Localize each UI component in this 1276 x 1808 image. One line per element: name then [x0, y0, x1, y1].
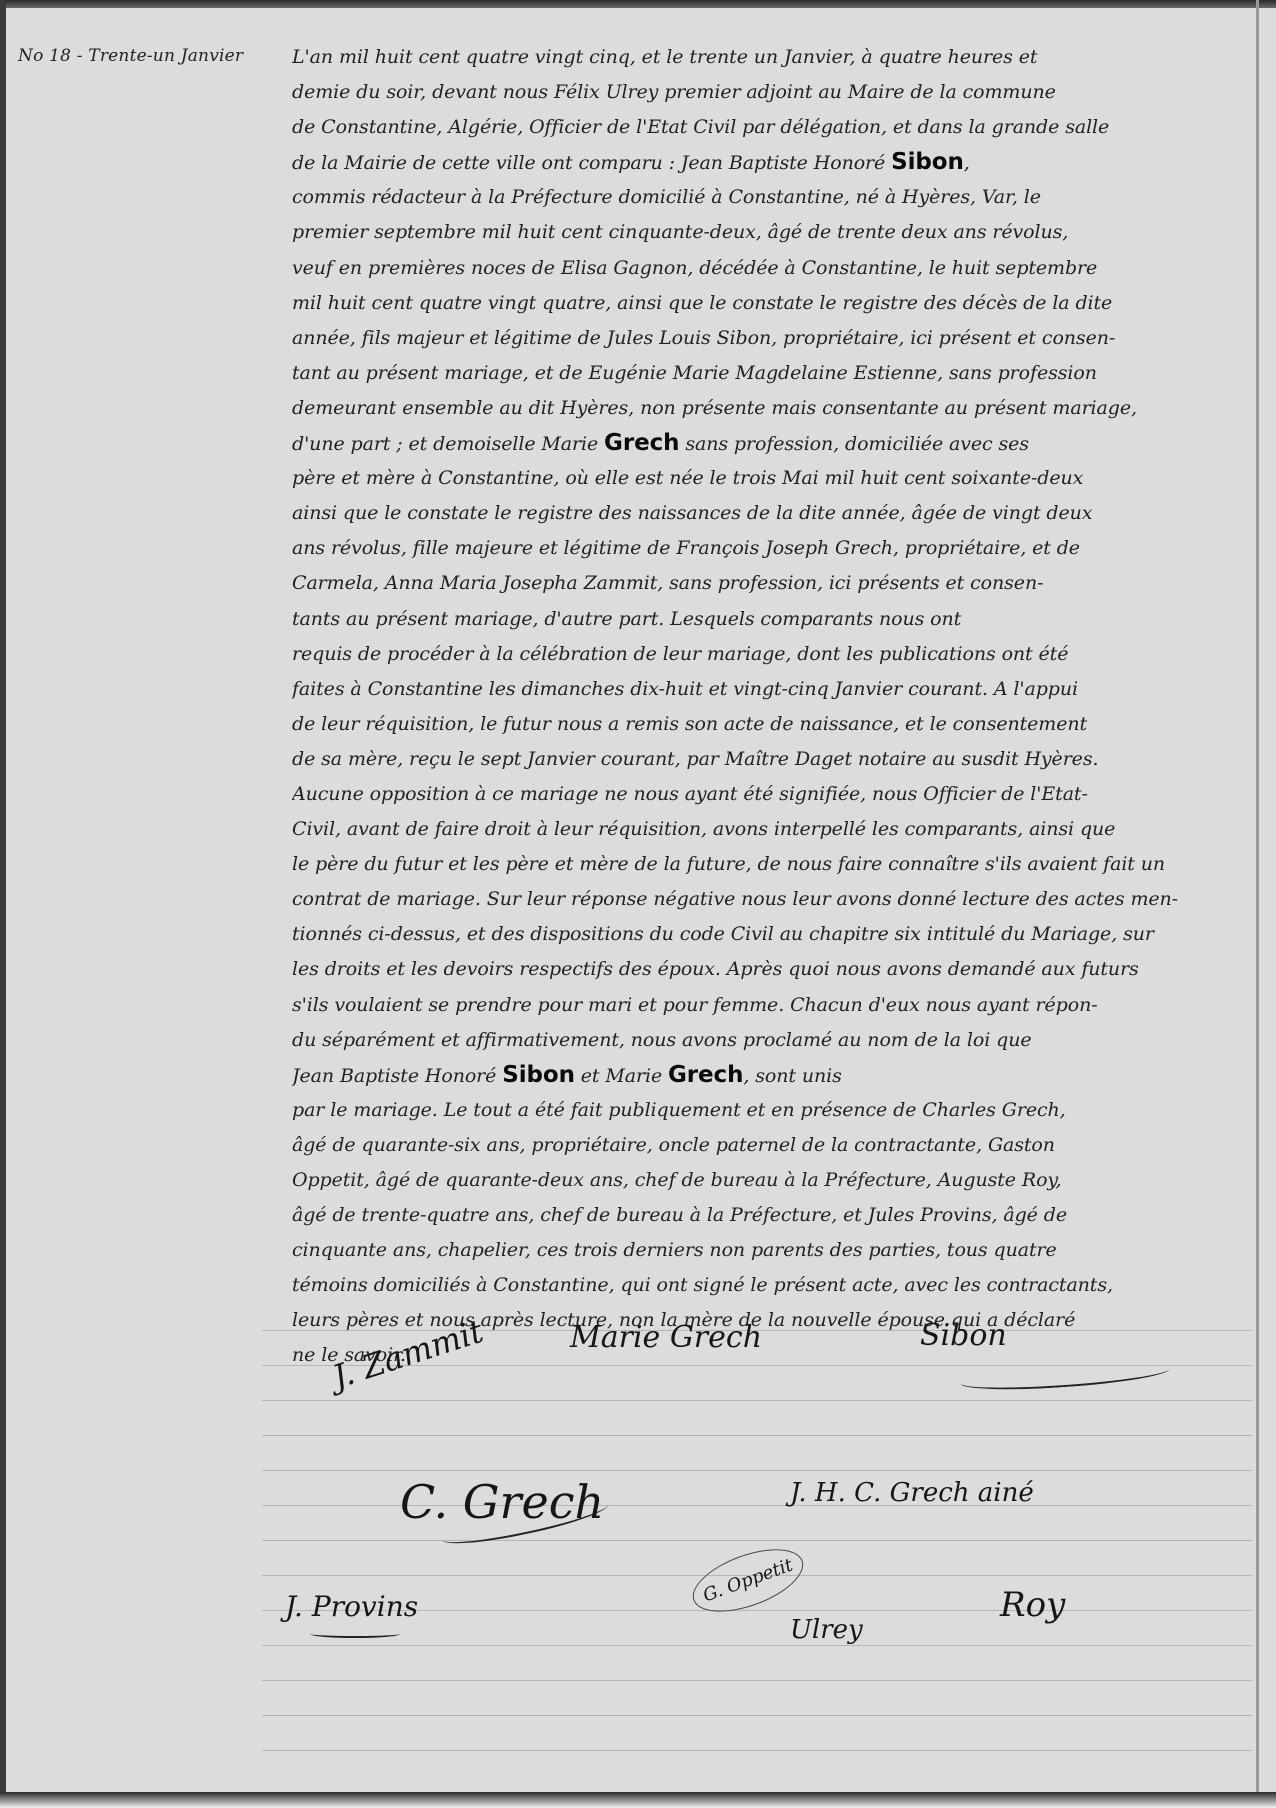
- signature-bride: Marie Grech: [570, 1320, 762, 1355]
- record-line: demeurant ensemble au dit Hyères, non pr…: [292, 391, 1242, 426]
- record-line: s'ils voulaient se prendre pour mari et …: [292, 988, 1242, 1023]
- record-line: père et mère à Constantine, où elle est …: [292, 461, 1242, 496]
- signature-father-grech: J. H. C. Grech ainé: [790, 1478, 1034, 1508]
- signature-witness-grech: C. Grech: [400, 1475, 604, 1529]
- page-right-edge: [1256, 0, 1259, 1795]
- record-line: requis de procéder à la célébration de l…: [292, 637, 1242, 672]
- ruled-line: [262, 1645, 1252, 1646]
- record-line: tant au présent mariage, et de Eugénie M…: [292, 356, 1242, 391]
- record-line: âgé de quarante-six ans, propriétaire, o…: [292, 1128, 1242, 1163]
- record-line: de Constantine, Algérie, Officier de l'E…: [292, 110, 1242, 145]
- record-line: veuf en premières noces de Elisa Gagnon,…: [292, 251, 1242, 286]
- record-line: de leur réquisition, le futur nous a rem…: [292, 707, 1242, 742]
- ruled-line: [262, 1470, 1252, 1471]
- signature-witness-roy: Roy: [1000, 1585, 1065, 1625]
- ruled-line: [262, 1715, 1252, 1716]
- surname-emphasis: Sibon: [891, 149, 964, 175]
- page-top-edge: [0, 0, 1276, 8]
- margin-entry-number: No 18 - Trente-un Janvier: [18, 46, 288, 66]
- record-line: L'an mil huit cent quatre vingt cinq, et…: [292, 40, 1242, 75]
- record-line: de la Mairie de cette ville ont comparu …: [292, 145, 1242, 180]
- surname-emphasis: Grech: [604, 430, 679, 456]
- ruled-line: [262, 1435, 1252, 1436]
- signature-groom: Sibon: [920, 1318, 1007, 1353]
- record-line: Carmela, Anna Maria Josepha Zammit, sans…: [292, 566, 1242, 601]
- ruled-line: [262, 1680, 1252, 1681]
- signature-witness-provins: J. Provins: [285, 1590, 418, 1623]
- record-line: Jean Baptiste Honoré Sibon et Marie Grec…: [292, 1058, 1242, 1093]
- record-line: tionnés ci-dessus, et des dispositions d…: [292, 917, 1242, 952]
- record-line: témoins domiciliés à Constantine, qui on…: [292, 1268, 1242, 1303]
- record-line: Civil, avant de faire droit à leur réqui…: [292, 812, 1242, 847]
- record-line: tants au présent mariage, d'autre part. …: [292, 602, 1242, 637]
- record-line: mil huit cent quatre vingt quatre, ainsi…: [292, 286, 1242, 321]
- surname-emphasis: Sibon: [502, 1062, 575, 1088]
- signature-officer-ulrey: Ulrey: [790, 1615, 863, 1645]
- record-line: le père du futur et les père et mère de …: [292, 847, 1242, 882]
- record-line: faites à Constantine les dimanches dix-h…: [292, 672, 1242, 707]
- record-line: premier septembre mil huit cent cinquant…: [292, 215, 1242, 250]
- record-line: d'une part ; et demoiselle Marie Grech s…: [292, 426, 1242, 461]
- record-line: année, fils majeur et légitime de Jules …: [292, 321, 1242, 356]
- surname-emphasis: Grech: [668, 1062, 743, 1088]
- signature-flourish: [310, 1630, 400, 1638]
- record-line: du séparément et affirmativement, nous a…: [292, 1023, 1242, 1058]
- record-line: contrat de mariage. Sur leur réponse nég…: [292, 882, 1242, 917]
- ruled-line: [262, 1540, 1252, 1541]
- record-line: par le mariage. Le tout a été fait publi…: [292, 1093, 1242, 1128]
- record-line: les droits et les devoirs respectifs des…: [292, 952, 1242, 987]
- marriage-record-text: L'an mil huit cent quatre vingt cinq, et…: [292, 40, 1242, 1374]
- ruled-line: [262, 1750, 1252, 1751]
- record-line: âgé de trente-quatre ans, chef de bureau…: [292, 1198, 1242, 1233]
- ruled-line: [262, 1400, 1252, 1401]
- register-page: No 18 - Trente-un Janvier L'an mil huit …: [0, 0, 1276, 1808]
- page-bottom-edge: [0, 1792, 1276, 1808]
- record-line: de sa mère, reçu le sept Janvier courant…: [292, 742, 1242, 777]
- record-line: cinquante ans, chapelier, ces trois dern…: [292, 1233, 1242, 1268]
- record-line: ainsi que le constate le registre des na…: [292, 496, 1242, 531]
- record-line: Oppetit, âgé de quarante-deux ans, chef …: [292, 1163, 1242, 1198]
- page-left-binding: [0, 0, 6, 1808]
- record-line: Aucune opposition à ce mariage ne nous a…: [292, 777, 1242, 812]
- record-line: commis rédacteur à la Préfecture domicil…: [292, 180, 1242, 215]
- record-line: ans révolus, fille majeure et légitime d…: [292, 531, 1242, 566]
- record-line: demie du soir, devant nous Félix Ulrey p…: [292, 75, 1242, 110]
